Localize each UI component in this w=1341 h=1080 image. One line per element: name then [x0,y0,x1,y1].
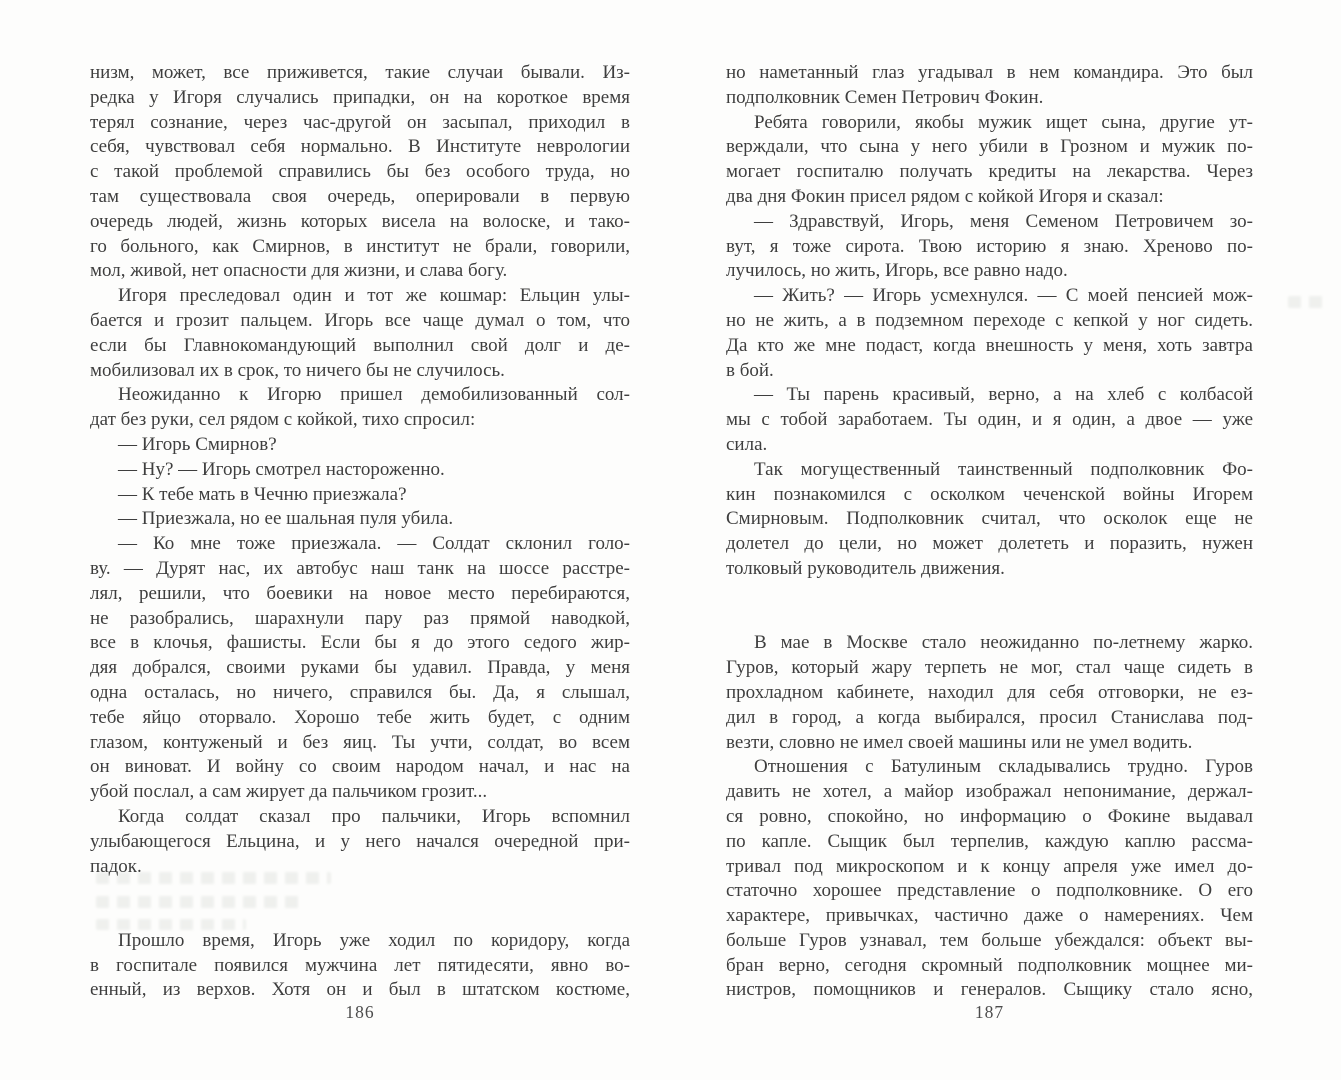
text-line: Гуров, который жару терпеть не мог, стал… [726,656,1253,681]
text-line: Неожиданно к Игорю пришел демобилизованн… [90,383,630,408]
text-line: — Приезжала, но ее шальная пуля убила. [90,507,630,532]
blank-line [726,582,1253,607]
text-line: одна осталась, но ничего, справился бы. … [90,681,630,706]
text-line: улыбающегося Ельцина, и у него начался о… [90,830,630,855]
text-line: в госпитале появился мужчина лет пятидес… [90,954,630,979]
text-line: — Ты парень красивый, верно, а на хлеб с… [726,383,1253,408]
text-line: очередь людей, жизнь которых висела на в… [90,210,630,235]
text-line: все в клочья, фашисты. Если бы я до этог… [90,631,630,656]
bleed-through-artifact [96,919,246,930]
text-line: терял сознание, через час-другой он засы… [90,111,630,136]
text-line: Так могущественный таинственный подполко… [726,458,1253,483]
text-line: по капле. Сыщик был терпелив, каждую кап… [726,830,1253,855]
left-page-text: низм, может, все приживется, такие случа… [90,61,630,1003]
text-line: больше Гуров узнавал, тем больше убеждал… [726,929,1253,954]
text-line: толковый руководитель движения. [726,557,1253,582]
right-page-text: но наметанный глаз угадывал в нем команд… [726,61,1253,1003]
text-line: вут, я тоже сирота. Твою историю я знаю.… [726,235,1253,260]
text-line: сила. [726,433,1253,458]
book-spread: низм, может, все приживется, такие случа… [0,0,1341,1080]
text-line: характере, привычках, частично даже о на… [726,904,1253,929]
text-line: Когда солдат сказал про пальчики, Игорь … [90,805,630,830]
bleed-through-artifact [96,872,331,884]
text-line: но наметанный глаз угадывал в нем команд… [726,61,1253,86]
text-line: если бы Главнокомандующий выполнил свой … [90,334,630,359]
text-line: везти, словно не имел своей машины или н… [726,731,1253,756]
text-line: кин познакомился с осколком чеченской во… [726,483,1253,508]
text-line: Прошло время, Игорь уже ходил по коридор… [90,929,630,954]
text-line: не разобрались, шарахнули пару раз прямо… [90,607,630,632]
text-line: бран верно, сегодня скромный подполковни… [726,954,1253,979]
text-line: верждали, что сына у него убили в Грозно… [726,135,1253,160]
text-line: — Ну? — Игорь смотрел настороженно. [90,458,630,483]
text-line: мол, живой, нет опасности для жизни, и с… [90,259,630,284]
text-line: — К тебе мать в Чечню приезжала? [90,483,630,508]
text-line: Игоря преследовал один и тот же кошмар: … [90,284,630,309]
text-line: два дня Фокин присел рядом с койкой Игор… [726,185,1253,210]
text-line: долетел до цели, но может долететь и пор… [726,532,1253,557]
text-line: низм, может, все приживется, такие случа… [90,61,630,86]
text-line: го больного, как Смирнов, в институт не … [90,235,630,260]
text-line: В мае в Москве стало неожиданно по-летне… [726,631,1253,656]
text-line: Смирновым. Подполковник считал, что оско… [726,507,1253,532]
text-line: мобилизовал их в срок, то ничего бы не с… [90,359,630,384]
text-line: там существовала своя очередь, оперирова… [90,185,630,210]
text-line: бается и грозит пальцем. Игорь все чаще … [90,309,630,334]
text-line: — Ко мне тоже приезжала. — Солдат склони… [90,532,630,557]
text-line: тебе яйцо оторвало. Хорошо тебе жить буд… [90,706,630,731]
text-line: ся ровно, спокойно, но информацию о Фоки… [726,805,1253,830]
bleed-through-artifact [1288,296,1326,308]
text-line: статочно хорошее представление о подполк… [726,879,1253,904]
text-line: Ребята говорили, якобы мужик ищет сына, … [726,111,1253,136]
right-page-number: 187 [726,1001,1253,1023]
bleed-through-artifact [96,896,301,908]
text-line: ву. — Дурят нас, их автобус наш танк на … [90,557,630,582]
text-line: — Игорь Смирнов? [90,433,630,458]
text-line: подполковник Семен Петрович Фокин. [726,86,1253,111]
text-line: в бой. [726,359,1253,384]
text-line: енный, из верхов. Хотя он и был в штатск… [90,978,630,1003]
text-line: Да кто же мне подаст, когда внешность у … [726,334,1253,359]
text-line: тривал под микроскопом и к концу апреля … [726,855,1253,880]
text-line: себя, чувствовал себя нормально. В Инсти… [90,135,630,160]
text-line: но не жить, а в подземном переходе с кеп… [726,309,1253,334]
text-line: Отношения с Батулиным складывались трудн… [726,755,1253,780]
text-line: могает госпиталю получать кредиты на лек… [726,160,1253,185]
left-page-number: 186 [90,1001,630,1023]
text-line: редка у Игоря случались припадки, он на … [90,86,630,111]
text-line: дил в город, а когда выбирался, просил С… [726,706,1253,731]
blank-line [726,607,1253,632]
text-line: он виноват. И войну со своим народом нач… [90,755,630,780]
text-line: глазом, контуженый и без яиц. Ты учти, с… [90,731,630,756]
text-line: дат без руки, сел рядом с койкой, тихо с… [90,408,630,433]
text-line: — Жить? — Игорь усмехнулся. — С моей пен… [726,284,1253,309]
text-line: лял, решили, что боевики на новое место … [90,582,630,607]
text-line: мы с тобой заработаем. Ты один, и я один… [726,408,1253,433]
text-line: лучилось, но жить, Игорь, все равно надо… [726,259,1253,284]
text-line: — Здравствуй, Игорь, меня Семеном Петров… [726,210,1253,235]
text-line: давить не хотел, а майор изображал непон… [726,780,1253,805]
text-line: прохладном кабинете, находил для себя от… [726,681,1253,706]
text-line: нистров, помощников и генералов. Сыщику … [726,978,1253,1003]
text-line: убой послал, а сам жирует да пальчиком г… [90,780,630,805]
text-line: дяя добрался, своими руками бы удавил. П… [90,656,630,681]
text-line: с такой проблемой справились бы без особ… [90,160,630,185]
